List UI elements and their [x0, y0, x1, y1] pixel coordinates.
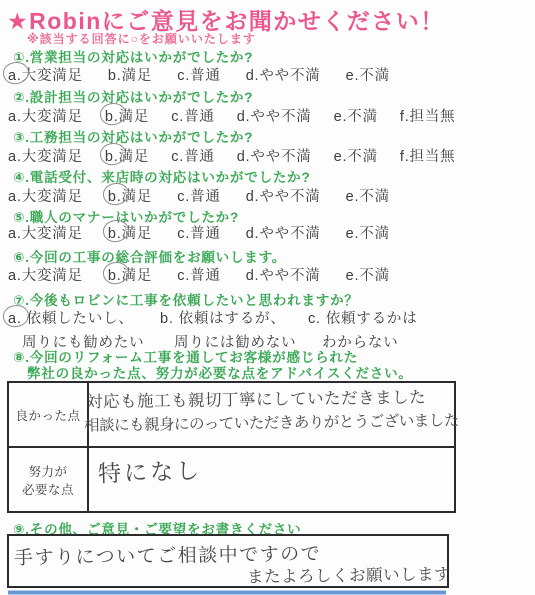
option-c: c.普通 [177, 222, 220, 243]
option-e: e.不満 [346, 64, 390, 85]
question-1-options: a.大変満足 b.満足 c.普通 d.やや不満 e.不満 [8, 64, 390, 85]
improvement-points-label: 努力が 必要な点 [9, 448, 89, 511]
improvement-label-line2: 必要な点 [22, 480, 74, 498]
bottom-divider-line [8, 591, 446, 594]
question-4-label: ④.電話受付、来店時の対応はいかがでしたか? [13, 166, 311, 186]
option-a-circled: a.大変満足 [8, 64, 83, 85]
option-e: e.不満 [346, 222, 390, 243]
option-a: a.大変満足 [8, 222, 83, 243]
option-e: e.不満 [334, 105, 378, 126]
question-3-options: a.大変満足 b.満足 c.普通 d.やや不満 e.不満 f.担当無 [8, 145, 455, 166]
question-7-label: ⑦.今後もロビンに工事を依頼したいと思われますか？ [13, 289, 359, 309]
question-2-label: ②.設計担当の対応はいかがでしたか? [13, 86, 253, 106]
option-e: e.不満 [346, 264, 390, 285]
question-4-options: a.大変満足 b.満足 c.普通 d.やや不満 e.不満 [8, 185, 390, 206]
question-1-label: ①.営業担当の対応はいかがでしたか? [13, 46, 253, 66]
option-d: d.やや不満 [246, 185, 321, 206]
good-points-label: 良かった点 [9, 383, 89, 446]
question-2-options: a.大変満足 b.満足 c.普通 d.やや不満 e.不満 f.担当無 [8, 105, 455, 126]
option-a: a.大変満足 [8, 264, 83, 285]
option-e: e.不満 [346, 185, 390, 206]
option-f: f.担当無 [400, 145, 456, 166]
option-a-circled: a. 依頼したいし、 [8, 307, 134, 328]
option-b-circled: b.満足 [108, 264, 152, 285]
option-b-circled: b.満足 [108, 185, 152, 206]
option-b: b. 依頼はするが、 [160, 307, 286, 328]
option-b-circled: b.満足 [108, 222, 152, 243]
option-a: a.大変満足 [8, 145, 83, 166]
option-c: c.普通 [171, 105, 214, 126]
question-8-label-line2: 弊社の良かった点、努力が必要な点をアドバイスください。 [27, 362, 413, 382]
option-d: d.やや不満 [246, 264, 321, 285]
question-5-options: a.大変満足 b.満足 c.普通 d.やや不満 e.不満 [8, 222, 390, 243]
handwritten-good-points-line1: 対応も施工も親切丁寧にしていただきました [86, 384, 426, 413]
option-d: d.やや不満 [246, 64, 321, 85]
question-6-options: a.大変満足 b.満足 c.普通 d.やや不満 e.不満 [8, 264, 390, 285]
option-f: f.担当無 [400, 105, 456, 126]
option-c: c.普通 [177, 264, 220, 285]
option-c: c.普通 [177, 185, 220, 206]
option-c: c.普通 [171, 145, 214, 166]
form-note: ※該当する回答に○をお願いいたします [27, 30, 256, 47]
option-b-circled: b.満足 [105, 145, 149, 166]
option-a: a.大変満足 [8, 105, 83, 126]
option-c: c. 依頼するかは [308, 307, 418, 328]
improvement-label-line1: 努力が [28, 462, 67, 480]
option-d: d.やや不満 [237, 145, 312, 166]
option-c: c.普通 [177, 64, 220, 85]
handwritten-improvement-answer: 特になし [97, 452, 202, 489]
option-d: d.やや不満 [237, 105, 312, 126]
option-a: a.大変満足 [8, 185, 83, 206]
option-e: e.不満 [334, 145, 378, 166]
option-b-circled: b.満足 [105, 105, 149, 126]
survey-form: ★Robinにご意見をお聞かせください！ ※該当する回答に○をお願いいたします … [0, 0, 535, 595]
improvement-points-row: 努力が 必要な点 [9, 448, 454, 511]
handwritten-q9-line2: またよろしくお願いします [247, 561, 451, 588]
question-3-label: ③.工務担当の対応はいかがでしたか? [13, 126, 253, 146]
option-b: b.満足 [108, 64, 152, 85]
option-d: d.やや不満 [246, 222, 321, 243]
question-6-label: ⑥.今回の工事の総合評価をお願いします。 [13, 246, 286, 266]
